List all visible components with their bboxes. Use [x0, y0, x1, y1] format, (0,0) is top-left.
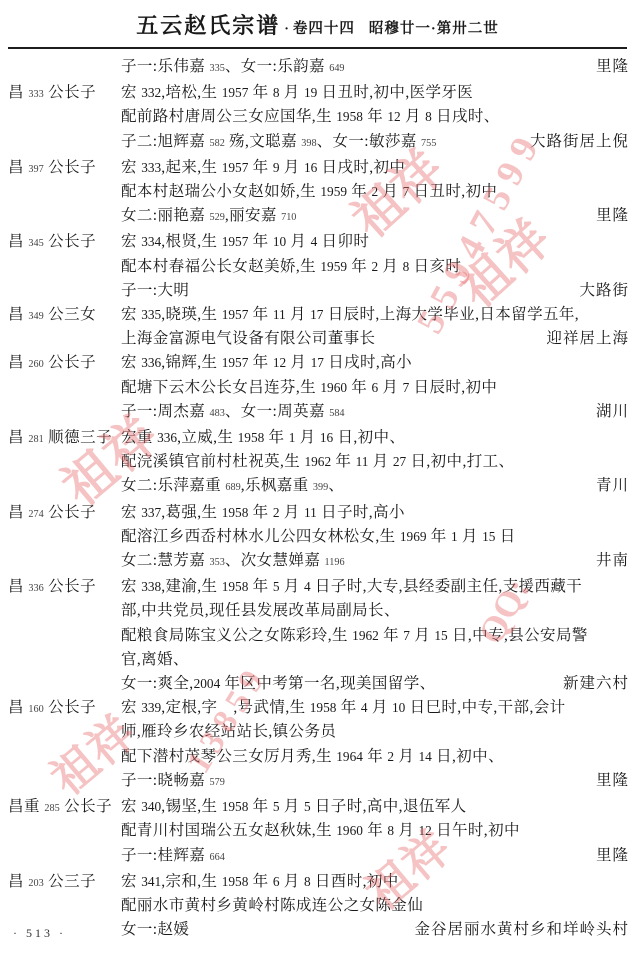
book-title: 五云赵氏宗谱 [136, 13, 280, 38]
line-text: 子一:大明 [121, 279, 189, 303]
genealogy-page: 五云赵氏宗谱·卷四十四昭穆廿一·第卅二世 子一:乐伟嘉 335、女一:乐韵嘉 6… [0, 0, 635, 968]
entry-label: 昌 333 公长子 [8, 81, 121, 107]
line-text: 配丽水市黄村乡黄岭村陈成连公之女陈金仙 [121, 894, 423, 918]
entry-line: 女二:乐萍嘉重 689,乐枫嘉重 399、青川 [121, 474, 629, 500]
residence-label: 里隆 [588, 844, 629, 868]
entry-line: 配下潜村茂琴公三女厉月秀,生 1964 年 2 月 14 日,初中、 [121, 745, 629, 769]
entry-line: 配塘下云木公长女吕连芬,生 1960 年 6 月 7 日辰时,初中 [121, 376, 629, 400]
line-text: 子二:旭辉嘉 582 殇,文聪嘉 398、女一:敏莎嘉 755 [121, 130, 436, 156]
line-text: 子一:桂辉嘉 664 [121, 844, 225, 870]
entry-line: 官,离婚、 [121, 648, 629, 672]
line-text: 宏 335,晓瑛,生 1957 年 11 月 17 日辰时,上海大学毕业,日本留… [121, 303, 579, 327]
entry-line: 配本村赵瑞公小女赵如娇,生 1959 年 2 月 7 日丑时,初中 [121, 180, 629, 204]
entry-line: 师,雁玲乡农经站站长,镇公务员 [121, 720, 629, 744]
line-text: 女一:赵媛 [121, 918, 189, 942]
entry-row: 子一:乐伟嘉 335、女一:乐韵嘉 649里隆 [8, 55, 629, 81]
entry-line: 配浣溪镇官前村杜祝英,生 1962 年 11 月 27 日,初中,打工、 [121, 450, 629, 474]
entry-label: 昌重 285 公长子 [8, 795, 121, 821]
line-text: 上海金富源电气设备有限公司董事长 [121, 327, 375, 351]
line-text: 官,离婚、 [121, 648, 189, 672]
entry-line: 配本村春福公长女赵美娇,生 1959 年 2 月 8 日亥时 [121, 255, 629, 279]
residence-label: 青川 [588, 474, 629, 498]
entry-line: 配前路村唐周公三女应国华,生 1958 年 12 月 8 日戌时、 [121, 105, 629, 129]
line-text: 女二:慧芳嘉 353、次女慧婵嘉 1196 [121, 549, 345, 575]
line-text: 配浣溪镇官前村杜祝英,生 1962 年 11 月 27 日,初中,打工、 [121, 450, 514, 474]
line-text: 配溶江乡西岙村林水儿公四女林松女,生 1969 年 1 月 15 日 [121, 525, 516, 549]
entry-line: 配丽水市黄村乡黄岭村陈成连公之女陈金仙 [121, 894, 629, 918]
line-text: 宏 339,定根,字 ,号武情,生 1958 年 4 月 10 日巳时,中专,干… [121, 696, 566, 720]
line-text: 部,中共党员,现任县发展改革局副局长、 [121, 599, 400, 623]
entry-line: 宏 340,锡坚,生 1958 年 5 月 5 日子时,高中,退伍军人 [121, 795, 629, 819]
entry-line: 女一:爽全,2004 年区中考第一名,现美国留学、新建六村 [121, 672, 629, 696]
entry-line: 宏 336,锦辉,生 1957 年 12 月 17 日戌时,高小 [121, 351, 629, 375]
entry-label: 昌 274 公长子 [8, 501, 121, 527]
entry-row: 昌 260 公长子 宏 336,锦辉,生 1957 年 12 月 17 日戌时,… [8, 351, 629, 426]
entry-row: 昌 281 顺德三子 宏重 336,立威,生 1958 年 1 月 16 日,初… [8, 426, 629, 501]
line-text: 女一:爽全,2004 年区中考第一名,现美国留学、 [121, 672, 436, 696]
line-text: 配青川村国瑞公五女赵秋妹,生 1960 年 8 月 12 日午时,初中 [121, 819, 520, 843]
entry-row: 昌 203 公三子 宏 341,宗和,生 1958 年 6 月 8 日酉时,初中… [8, 870, 629, 943]
line-text: 宏 341,宗和,生 1958 年 6 月 8 日酉时,初中 [121, 870, 399, 894]
line-text: 宏 337,葛强,生 1958 年 2 月 11 日子时,高小 [121, 501, 405, 525]
entry-row: 昌 336 公长子 宏 338,建渝,生 1958 年 5 月 4 日子时,大专… [8, 575, 629, 696]
entry-line: 上海金富源电气设备有限公司董事长迎祥居上海 [121, 327, 629, 351]
entry-label: 昌 203 公三子 [8, 870, 121, 896]
entry-line: 子一:乐伟嘉 335、女一:乐韵嘉 649里隆 [121, 55, 629, 81]
entry-line: 女一:赵媛金谷居丽水黄村乡和垟岭头村 [121, 918, 629, 942]
line-text: 配塘下云木公长女吕连芬,生 1960 年 6 月 7 日辰时,初中 [121, 376, 497, 400]
entry-label: 昌 397 公长子 [8, 156, 121, 182]
residence-label: 井南 [588, 549, 629, 573]
line-text: 宏 332,培松,生 1957 年 8 月 19 日丑时,初中,医学牙医 [121, 81, 473, 105]
residence-label: 里隆 [588, 769, 629, 793]
entry-line: 子一:桂辉嘉 664里隆 [121, 844, 629, 870]
line-text: 配粮食局陈宝义公之女陈彩玲,生 1962 年 7 月 15 日,中专,县公安局警 [121, 624, 588, 648]
page-number: · 513 · [13, 926, 66, 941]
line-text: 子一:乐伟嘉 335、女一:乐韵嘉 649 [121, 55, 345, 81]
genealogy-entries: 子一:乐伟嘉 335、女一:乐韵嘉 649里隆 昌 333 公长子 宏 332,… [0, 49, 635, 942]
line-text: 宏重 336,立威,生 1958 年 1 月 16 日,初中、 [121, 426, 405, 450]
entry-line: 宏 339,定根,字 ,号武情,生 1958 年 4 月 10 日巳时,中专,干… [121, 696, 629, 720]
entry-line: 宏 338,建渝,生 1958 年 5 月 4 日子时,大专,县经委副主任,支援… [121, 575, 629, 599]
entry-row: 昌重 285 公长子 宏 340,锡坚,生 1958 年 5 月 5 日子时,高… [8, 795, 629, 870]
line-text: 宏 333,起来,生 1957 年 9 月 16 日戌时,初中 [121, 156, 405, 180]
title-separator: · [280, 22, 293, 37]
volume-label: 卷四十四 [293, 21, 355, 37]
line-text: 宏 334,根贤,生 1957 年 10 月 4 日卯时 [121, 230, 369, 254]
entry-line: 配青川村国瑞公五女赵秋妹,生 1960 年 8 月 12 日午时,初中 [121, 819, 629, 843]
line-text: 配本村赵瑞公小女赵如娇,生 1959 年 2 月 7 日丑时,初中 [121, 180, 497, 204]
entry-label: 昌 281 顺德三子 [8, 426, 121, 452]
residence-label: 新建六村 [555, 672, 629, 696]
line-text: 宏 338,建渝,生 1958 年 5 月 4 日子时,大专,县经委副主任,支援… [121, 575, 582, 599]
line-text: 配下潜村茂琴公三女厉月秀,生 1964 年 2 月 14 日,初中、 [121, 745, 504, 769]
entry-line: 宏 337,葛强,生 1958 年 2 月 11 日子时,高小 [121, 501, 629, 525]
entry-row: 昌 349 公三女 宏 335,晓瑛,生 1957 年 11 月 17 日辰时,… [8, 303, 629, 351]
residence-label: 里隆 [588, 204, 629, 228]
entry-line: 宏重 336,立威,生 1958 年 1 月 16 日,初中、 [121, 426, 629, 450]
entry-line: 子一:周杰嘉 483、女一:周英嘉 584湖川 [121, 400, 629, 426]
page-header: 五云赵氏宗谱·卷四十四昭穆廿一·第卅二世 [0, 0, 635, 40]
residence-label: 迎祥居上海 [538, 327, 629, 351]
residence-label: 湖川 [588, 400, 629, 424]
line-text: 子一:周杰嘉 483、女一:周英嘉 584 [121, 400, 345, 426]
entry-line: 宏 335,晓瑛,生 1957 年 11 月 17 日辰时,上海大学毕业,日本留… [121, 303, 629, 327]
line-text: 女二:乐萍嘉重 689,乐枫嘉重 399、 [121, 474, 344, 500]
entry-row: 昌 333 公长子 宏 332,培松,生 1957 年 8 月 19 日丑时,初… [8, 81, 629, 156]
entry-line: 女二:丽艳嘉 529,丽安嘉 710里隆 [121, 204, 629, 230]
entry-line: 子一:大明大路街 [121, 279, 629, 303]
entry-line: 子一:晓畅嘉 579里隆 [121, 769, 629, 795]
line-text: 师,雁玲乡农经站站长,镇公务员 [121, 720, 336, 744]
entry-line: 配粮食局陈宝义公之女陈彩玲,生 1962 年 7 月 15 日,中专,县公安局警 [121, 624, 629, 648]
entry-line: 子二:旭辉嘉 582 殇,文聪嘉 398、女一:敏莎嘉 755大路街居上倪 [121, 130, 629, 156]
entry-line: 宏 334,根贤,生 1957 年 10 月 4 日卯时 [121, 230, 629, 254]
line-text: 子一:晓畅嘉 579 [121, 769, 225, 795]
entry-line: 部,中共党员,现任县发展改革局副局长、 [121, 599, 629, 623]
entry-line: 宏 341,宗和,生 1958 年 6 月 8 日酉时,初中 [121, 870, 629, 894]
entry-line: 宏 332,培松,生 1957 年 8 月 19 日丑时,初中,医学牙医 [121, 81, 629, 105]
entry-row: 昌 345 公长子 宏 334,根贤,生 1957 年 10 月 4 日卯时 配… [8, 230, 629, 303]
entry-label: 昌 349 公三女 [8, 303, 121, 329]
residence-label: 里隆 [588, 55, 629, 79]
entry-row: 昌 274 公长子 宏 337,葛强,生 1958 年 2 月 11 日子时,高… [8, 501, 629, 576]
entry-label: 昌 345 公长子 [8, 230, 121, 256]
line-text: 配本村春福公长女赵美娇,生 1959 年 2 月 8 日亥时 [121, 255, 461, 279]
entry-label: 昌 160 公长子 [8, 696, 121, 722]
line-text: 宏 336,锦辉,生 1957 年 12 月 17 日戌时,高小 [121, 351, 412, 375]
line-text: 女二:丽艳嘉 529,丽安嘉 710 [121, 204, 296, 230]
line-text: 宏 340,锡坚,生 1958 年 5 月 5 日子时,高中,退伍军人 [121, 795, 467, 819]
residence-label: 大路街 [571, 279, 629, 303]
entry-line: 配溶江乡西岙村林水儿公四女林松女,生 1969 年 1 月 15 日 [121, 525, 629, 549]
line-text: 配前路村唐周公三女应国华,生 1958 年 12 月 8 日戌时、 [121, 105, 500, 129]
entry-row: 昌 397 公长子 宏 333,起来,生 1957 年 9 月 16 日戌时,初… [8, 156, 629, 231]
entry-line: 宏 333,起来,生 1957 年 9 月 16 日戌时,初中 [121, 156, 629, 180]
entry-row: 昌 160 公长子 宏 339,定根,字 ,号武情,生 1958 年 4 月 1… [8, 696, 629, 795]
residence-label: 金谷居丽水黄村乡和垟岭头村 [406, 918, 629, 942]
entry-line: 女二:慧芳嘉 353、次女慧婵嘉 1196井南 [121, 549, 629, 575]
residence-label: 大路街居上倪 [522, 130, 629, 154]
entry-label: 昌 260 公长子 [8, 351, 121, 377]
entry-label: 昌 336 公长子 [8, 575, 121, 601]
generation-label: 昭穆廿一·第卅二世 [355, 21, 499, 37]
